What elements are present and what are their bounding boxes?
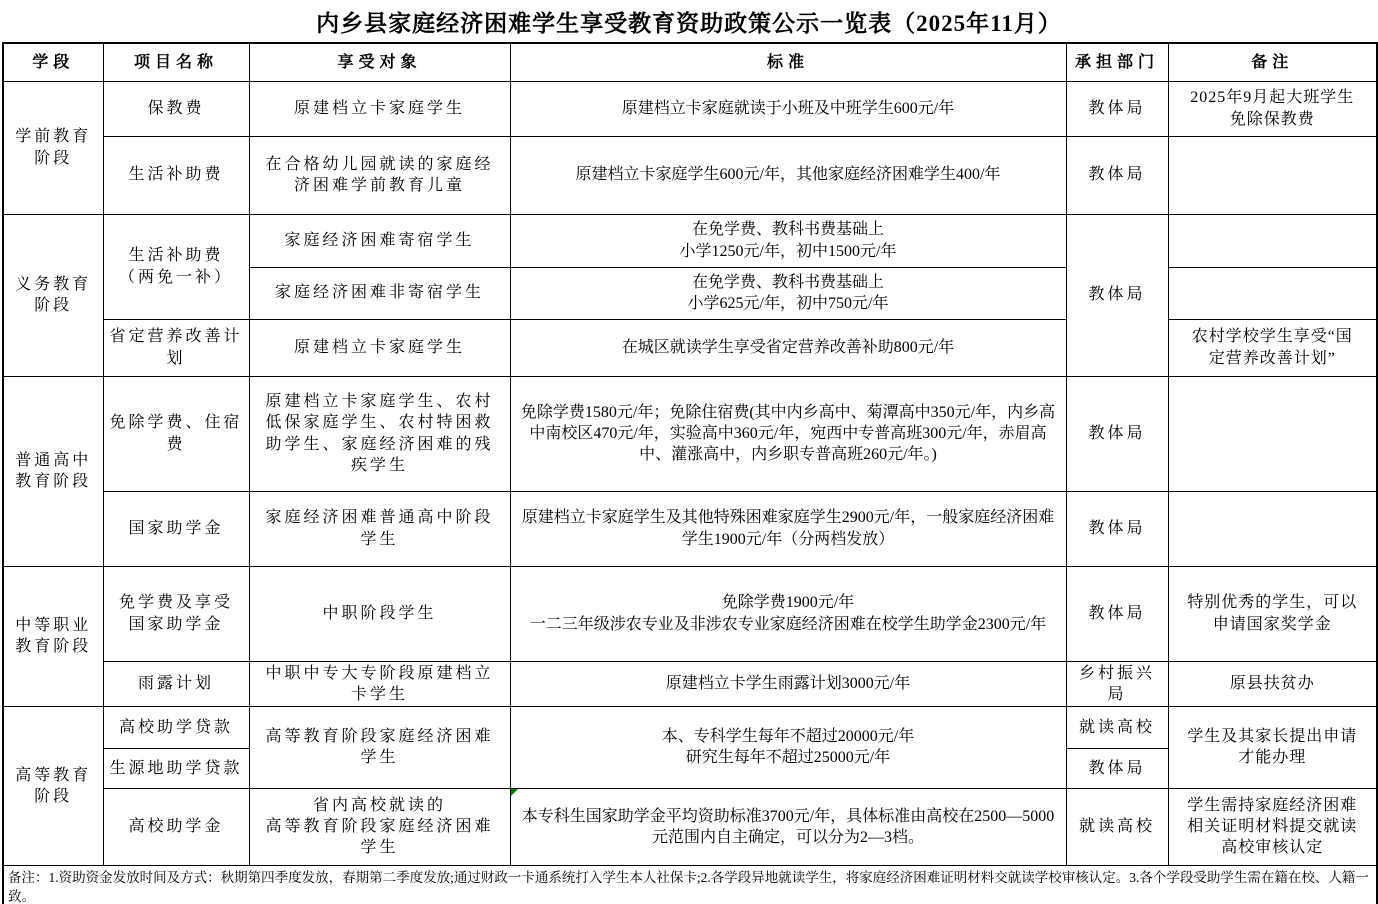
cell-remark: 2025年9月起大班学生 免除保教费 [1168,81,1377,136]
table-row: 高校助学金 省内高校就读的 高等教育阶段家庭经济困难 学生 本专科生国家助学金平… [3,788,1377,865]
cell-comment-flag-icon [511,789,518,796]
cell-stage-high-school: 普通高中 教育阶段 [3,376,103,566]
cell-standard-text: 本专科生国家助学金平均资助标准3700元/年，具体标准由高校在2500—5000… [522,808,1054,846]
cell-department: 就读高校 [1066,788,1168,865]
table-row: 中等职业 教育阶段 免学费及享受 国家助学金 中职阶段学生 免除学费1900元/… [3,566,1377,661]
cell-department: 教体局 [1066,214,1168,376]
column-header-department: 承担部门 [1066,43,1168,81]
cell-target: 中职中专大专阶段原建档立 卡学生 [249,661,510,706]
cell-project: 省定营养改善计 划 [103,319,249,376]
cell-target: 家庭经济困难非寄宿学生 [249,267,510,319]
cell-remark: 农村学校学生享受“国 定营养改善计划” [1168,319,1377,376]
cell-project: 高校助学金 [103,788,249,865]
cell-remark [1168,214,1377,267]
cell-standard: 免除学费1900元/年 一二三年级涉农专业及非涉农专业家庭经济困难在校学生助学金… [510,566,1066,661]
cell-remark: 特别优秀的学生，可以 申请国家奖学金 [1168,566,1377,661]
table-row: 国家助学金 家庭经济困难普通高中阶段 学生 原建档立卡家庭学生及其他特殊困难家庭… [3,491,1377,566]
cell-project: 生源地助学贷款 [103,748,249,788]
cell-standard: 在免学费、教科书费基础上 小学625元/年，初中750元/年 [510,267,1066,319]
cell-remark: 学生需持家庭经济困难 相关证明材料提交就读 高校审核认定 [1168,788,1377,865]
table-row: 生活补助费 在合格幼儿园就读的家庭经 济困难学前教育儿童 原建档立卡家庭学生60… [3,136,1377,214]
table-row: 学前教育 阶段 保教费 原建档立卡家庭学生 原建档立卡家庭就读于小班及中班学生6… [3,81,1377,136]
cell-stage-compulsory: 义务教育 阶段 [3,214,103,376]
cell-project: 高校助学贷款 [103,706,249,748]
table-row: 省定营养改善计 划 原建档立卡家庭学生 在城区就读学生享受省定营养改善补助800… [3,319,1377,376]
column-header-remark: 备注 [1168,43,1377,81]
cell-department: 教体局 [1066,748,1168,788]
cell-target: 原建档立卡家庭学生、农村 低保家庭学生、农村特困救 助学生、家庭经济困难的残 疾… [249,376,510,491]
footer-note: 备注：1.资助资金发放时间及方式：秋期第四季度发放，春期第二季度发放;通过财政一… [3,865,1377,904]
column-header-stage: 学段 [3,43,103,81]
column-header-project: 项目名称 [103,43,249,81]
cell-department: 教体局 [1066,136,1168,214]
cell-department: 教体局 [1066,376,1168,491]
cell-department: 教体局 [1066,491,1168,566]
cell-department: 就读高校 [1066,706,1168,748]
cell-project: 免除学费、住宿 费 [103,376,249,491]
cell-project: 生活补助费 （两免一补） [103,214,249,319]
cell-target: 家庭经济困难普通高中阶段 学生 [249,491,510,566]
cell-project: 国家助学金 [103,491,249,566]
cell-project: 生活补助费 [103,136,249,214]
cell-project: 保教费 [103,81,249,136]
cell-remark: 学生及其家长提出申请 才能办理 [1168,706,1377,788]
cell-target: 省内高校就读的 高等教育阶段家庭经济困难 学生 [249,788,510,865]
table-header-row: 学段 项目名称 享受对象 标准 承担部门 备注 [3,43,1377,81]
cell-standard: 原建档立卡家庭学生600元/年，其他家庭经济困难学生400/年 [510,136,1066,214]
cell-target: 高等教育阶段家庭经济困难 学生 [249,706,510,788]
cell-standard: 免除学费1580元/年；免除住宿费(其中内乡高中、菊潭高中350元/年，内乡高中… [510,376,1066,491]
table-footer-row: 备注：1.资助资金发放时间及方式：秋期第四季度发放，春期第二季度发放;通过财政一… [3,865,1377,904]
column-header-target: 享受对象 [249,43,510,81]
policy-notice-page: 内乡县家庭经济困难学生享受教育资助政策公示一览表（2025年11月） 学段 项目… [0,0,1378,904]
cell-target: 中职阶段学生 [249,566,510,661]
table-row: 义务教育 阶段 生活补助费 （两免一补） 家庭经济困难寄宿学生 在免学费、教科书… [3,214,1377,267]
column-header-standard: 标准 [510,43,1066,81]
page-title: 内乡县家庭经济困难学生享受教育资助政策公示一览表（2025年11月） [0,0,1378,42]
cell-remark: 原县扶贫办 [1168,661,1377,706]
cell-department: 乡村振兴局 [1066,661,1168,706]
cell-department: 教体局 [1066,81,1168,136]
cell-standard: 本、专科学生每年不超过20000元/年 研究生每年不超过25000元/年 [510,706,1066,788]
table-row: 普通高中 教育阶段 免除学费、住宿 费 原建档立卡家庭学生、农村 低保家庭学生、… [3,376,1377,491]
cell-standard: 原建档立卡家庭学生及其他特殊困难家庭学生2900元/年，一般家庭经济困难学生19… [510,491,1066,566]
cell-remark [1168,267,1377,319]
cell-target: 原建档立卡家庭学生 [249,81,510,136]
cell-stage-vocational: 中等职业 教育阶段 [3,566,103,706]
cell-target: 家庭经济困难寄宿学生 [249,214,510,267]
cell-target: 原建档立卡家庭学生 [249,319,510,376]
cell-remark [1168,376,1377,491]
cell-stage-preschool: 学前教育 阶段 [3,81,103,214]
cell-standard: 本专科生国家助学金平均资助标准3700元/年，具体标准由高校在2500—5000… [510,788,1066,865]
cell-department: 教体局 [1066,566,1168,661]
cell-remark [1168,491,1377,566]
cell-standard: 原建档立卡家庭就读于小班及中班学生600元/年 [510,81,1066,136]
cell-standard: 原建档立卡学生雨露计划3000元/年 [510,661,1066,706]
cell-remark [1168,136,1377,214]
cell-stage-higher: 高等教育 阶段 [3,706,103,865]
cell-standard: 在城区就读学生享受省定营养改善补助800元/年 [510,319,1066,376]
cell-project: 免学费及享受 国家助学金 [103,566,249,661]
table-row: 雨露计划 中职中专大专阶段原建档立 卡学生 原建档立卡学生雨露计划3000元/年… [3,661,1377,706]
cell-standard: 在免学费、教科书费基础上 小学1250元/年，初中1500元/年 [510,214,1066,267]
cell-target: 在合格幼儿园就读的家庭经 济困难学前教育儿童 [249,136,510,214]
policy-table: 学段 项目名称 享受对象 标准 承担部门 备注 学前教育 阶段 保教费 原建档立… [2,42,1378,904]
cell-project: 雨露计划 [103,661,249,706]
table-row: 高等教育 阶段 高校助学贷款 高等教育阶段家庭经济困难 学生 本、专科学生每年不… [3,706,1377,748]
